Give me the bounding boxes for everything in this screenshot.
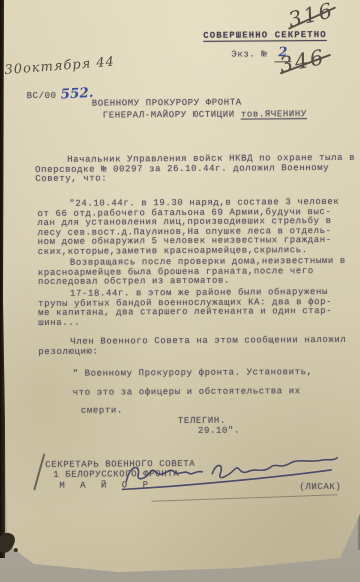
resolution-quote: " Военному Прокурору фронта. Установить,… [73,363,313,420]
reference-number-handwritten: 552. [60,85,94,103]
typed-line: Совету, что: [35,173,355,185]
reference-prefix: ВС/00 [27,91,57,101]
handwritten-date: 30октября 44 [4,55,115,78]
resolution-date: 29.10". [198,426,240,436]
paragraph-incident: "24.10.44г. в 19.30 наряд,в составе 3 че… [37,198,339,258]
typed-line: что это за офицеры и обстоятельства их [73,382,313,402]
ink-signature [119,454,343,500]
secret-stamp: СОВЕРШЕННО СЕКРЕТНО [203,30,327,41]
addressee-name: тов.ЯЧЕНИНУ [241,109,307,119]
reference-number-line: ВС/00552. [27,85,94,103]
ink-blot [14,548,18,552]
typed-line: " Военному Прокурору фронта. Установить, [73,363,313,383]
paragraph-grenade: Возвращаясь после проверки дома,неизвест… [38,257,346,288]
resolution-author: ТЕЛЕГИН. [178,416,226,426]
addressee-line: ГЕНЕРАЛ-МАЙОРУ ЮСТИЦИИ тов.ЯЧЕНИНУ [92,109,307,122]
document-photo: 316 СОВЕРШЕННО СЕКРЕТНО Экз. №2 346 30ок… [0,0,360,582]
typed-line: последовал обстрел из автоматов. [38,276,346,288]
addressee-block: ВОЕННОМУ ПРОКУРОРУ ФРОНТА ГЕНЕРАЛ-МАЙОРУ… [92,97,307,122]
signer-name: (ЛИСАК) [299,482,341,492]
paragraph-council: Член Военного Совета на этом сообщении н… [38,336,346,357]
copy-label: Экз. № [231,49,267,59]
typed-line: резолюцию: [38,345,346,357]
typed-line: ме капитана, два старшего лейтенанта и о… [38,307,332,319]
pencil-mark [33,453,45,490]
document-content: 316 СОВЕРШЕННО СЕКРЕТНО Экз. №2 346 30ок… [0,0,360,582]
paragraph-bodies: 17-18.44г. в этом же районе были обнаруж… [38,288,332,328]
paragraph-intro: Начальник Управления войск НКВД по охран… [35,154,355,185]
addressee-rank: ГЕНЕРАЛ-МАЙОРУ ЮСТИЦИИ [103,109,241,120]
